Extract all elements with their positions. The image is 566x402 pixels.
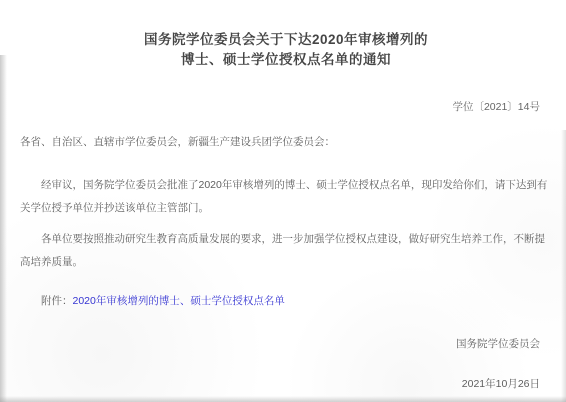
document-number: 学位〔2021〕14号 [20,96,540,119]
attachment-label: 附件： [41,295,73,307]
issuer-signature: 国务院学位委员会 [20,333,540,356]
paragraph-approval: 经审议，国务院学位委员会批准了2020年审核增列的博士、硕士学位授权点名单，现印… [20,174,552,220]
notice-document: 国务院学位委员会关于下达2020年审核增列的 博士、硕士学位授权点名单的通知 学… [0,0,566,396]
document-title: 国务院学位委员会关于下达2020年审核增列的 博士、硕士学位授权点名单的通知 [20,30,552,70]
document-page: 国务院学位委员会关于下达2020年审核增列的 博士、硕士学位授权点名单的通知 学… [0,0,566,402]
salutation-line: 各省、自治区、直辖市学位委员会，新疆生产建设兵团学位委员会： [20,131,552,154]
attachment-line: 附件：2020年审核增列的博士、硕士学位授权点名单 [20,290,552,313]
issue-date: 2021年10月26日 [20,373,540,396]
page-edge-shadow-bottom [0,396,566,402]
paragraph-requirements: 各单位要按照推动研究生教育高质量发展的要求，进一步加强学位授权点建设，做好研究生… [20,228,552,274]
attachment-link[interactable]: 2020年审核增列的博士、硕士学位授权点名单 [73,295,285,307]
